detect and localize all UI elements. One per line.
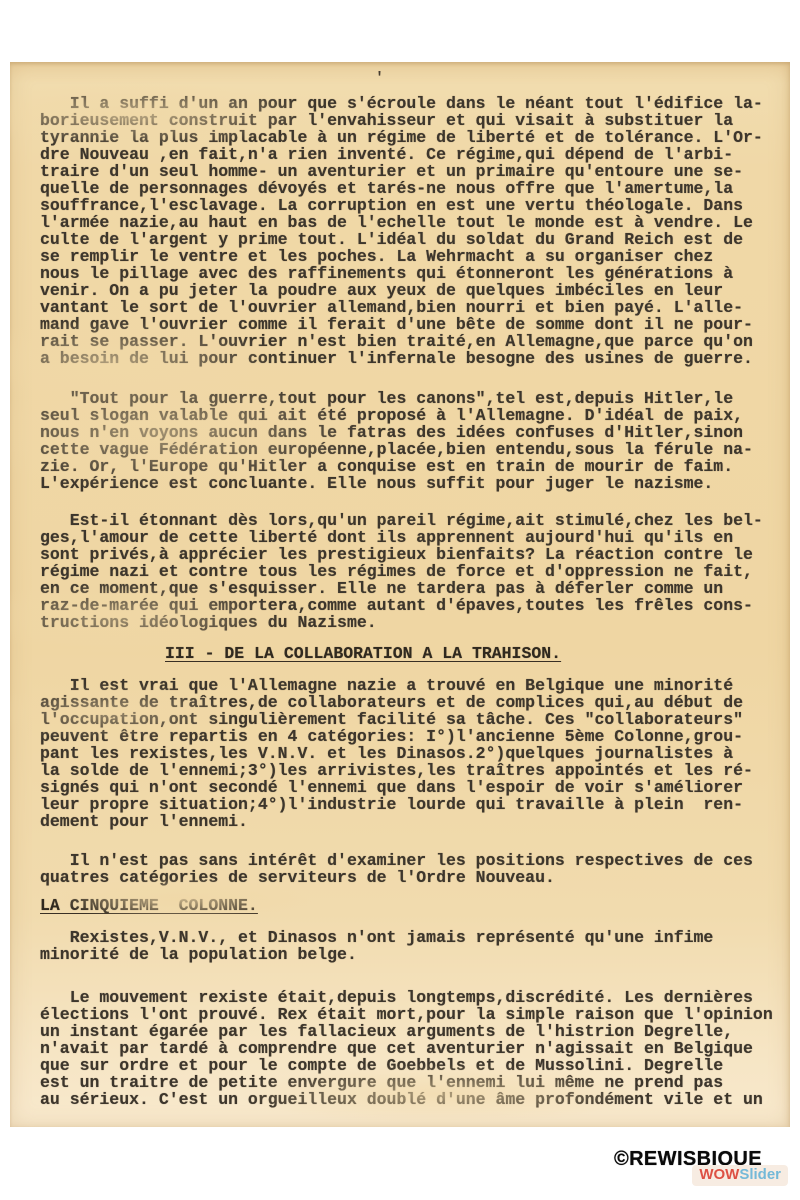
scanned-document-paper: ' Il a suffi d'un an pour que s'écroule … <box>10 62 790 1127</box>
text-line: Il n'est pas sans intérêt d'examiner les… <box>40 852 776 869</box>
text-line: vantant le sort de l'ouvrier allemand,bi… <box>40 299 776 316</box>
wowslider-badge[interactable]: WOWSlider <box>692 1165 788 1186</box>
text-line: quelle de personnages dévoyés et tarés-n… <box>40 180 776 197</box>
text-line: raz-de-marée qui emportera,comme autant … <box>40 597 776 614</box>
text-line: n'avait par tardé à comprendre que cet a… <box>40 1040 776 1057</box>
ink-artifact: ' <box>375 70 384 87</box>
text-line: nous le pillage avec des raffinements qu… <box>40 265 776 282</box>
document-paragraph: Est-il étonnant dès lors,qu'un pareil ré… <box>40 512 776 631</box>
text-line: cette vague Fédération européenne,placée… <box>40 441 776 458</box>
text-line: L'expérience est concluante. Elle nous s… <box>40 475 776 492</box>
document-paragraph: Le mouvement rexiste était,depuis longte… <box>40 989 776 1108</box>
text-line: tyrannie la plus implacable à un régime … <box>40 129 776 146</box>
document-paragraph: Il a suffi d'un an pour que s'écroule da… <box>40 95 776 367</box>
text-line: dement pour l'ennemi. <box>40 813 776 830</box>
text-line: Il est vrai que l'Allemagne nazie a trou… <box>40 677 776 694</box>
text-line: la solde de l'ennemi;3°)les arrivistes,l… <box>40 762 776 779</box>
text-line: culte de l'argent y prime tout. L'idéal … <box>40 231 776 248</box>
text-line: pant les rexistes,les V.N.V. et les Dina… <box>40 745 776 762</box>
text-line: Est-il étonnant dès lors,qu'un pareil ré… <box>40 512 776 529</box>
scanned-page-view: ' Il a suffi d'un an pour que s'écroule … <box>0 0 800 1200</box>
text-line: en ce moment,que s'esquisser. Elle ne ta… <box>40 580 776 597</box>
text-line: se remplir le ventre et les poches. La W… <box>40 248 776 265</box>
text-line: régime nazi et contre tous les régimes d… <box>40 563 776 580</box>
text-line: agissante de traîtres,de collaborateurs … <box>40 694 776 711</box>
text-line: que sur ordre et pour le compte de Goebb… <box>40 1057 776 1074</box>
text-line: mand gave l'ouvrier comme il ferait d'un… <box>40 316 776 333</box>
text-line: peuvent être repartis en 4 catégories: I… <box>40 728 776 745</box>
text-line: l'armée nazie,au haut en bas de l'echell… <box>40 214 776 231</box>
text-line: sont privés,à apprécier les prestigieux … <box>40 546 776 563</box>
text-line: Rexistes,V.N.V., et Dinasos n'ont jamais… <box>40 929 776 946</box>
text-line: zie. Or, l'Europe qu'Hitler a conquise e… <box>40 458 776 475</box>
text-line: au sérieux. C'est un orgueilleux doublé … <box>40 1091 776 1108</box>
text-line: nous n'en voyons aucun dans le fatras de… <box>40 424 776 441</box>
text-line: a besoin de lui pour continuer l'inferna… <box>40 350 776 367</box>
text-line: minorité de la population belge. <box>40 946 776 963</box>
text-line: dre Nouveau ,en fait,n'a rien inventé. C… <box>40 146 776 163</box>
document-paragraph: "Tout pour la guerre,tout pour les canon… <box>40 390 776 492</box>
text-line: Le mouvement rexiste était,depuis longte… <box>40 989 776 1006</box>
text-line: LA CINQUIEME COLONNE. <box>40 897 776 914</box>
section-heading: III - DE LA COLLABORATION A LA TRAHISON. <box>165 645 776 662</box>
text-line: souffrance,l'esclavage. La corruption en… <box>40 197 776 214</box>
typewritten-text: Il a suffi d'un an pour que s'écroule da… <box>40 95 776 1127</box>
wow-label: WOW <box>699 1166 739 1183</box>
text-line: un instant égarée par les fallacieux arg… <box>40 1023 776 1040</box>
text-line: l'occupation,ont singulièrement facilité… <box>40 711 776 728</box>
text-line: III - DE LA COLLABORATION A LA TRAHISON. <box>165 645 776 662</box>
text-line: leur propre situation;4°)l'industrie lou… <box>40 796 776 813</box>
document-paragraph: Rexistes,V.N.V., et Dinasos n'ont jamais… <box>40 929 776 963</box>
text-line: "Tout pour la guerre,tout pour les canon… <box>40 390 776 407</box>
text-line: signés qui n'ont secondé l'ennemi que da… <box>40 779 776 796</box>
document-paragraph: Il n'est pas sans intérêt d'examiner les… <box>40 852 776 886</box>
text-line: ges,l'amour de cette liberté dont ils ap… <box>40 529 776 546</box>
text-line: quatres catégories de serviteurs de l'Or… <box>40 869 776 886</box>
text-line: élections l'ont prouvé. Rex était mort,p… <box>40 1006 776 1023</box>
text-line: borieusement construit par l'envahisseur… <box>40 112 776 129</box>
text-line: Il a suffi d'un an pour que s'écroule da… <box>40 95 776 112</box>
text-line: traire d'un seul homme- un aventurier et… <box>40 163 776 180</box>
slider-label: Slider <box>739 1166 781 1183</box>
document-paragraph: Il est vrai que l'Allemagne nazie a trou… <box>40 677 776 830</box>
text-line: seul slogan valable qui ait été proposé … <box>40 407 776 424</box>
text-line: est un traitre de petite envergure que l… <box>40 1074 776 1091</box>
section-heading: LA CINQUIEME COLONNE. <box>40 897 776 914</box>
text-line: tructions idéologiques du Nazisme. <box>40 614 776 631</box>
text-line: venir. On a pu jeter la poudre aux yeux … <box>40 282 776 299</box>
text-line: rait se passer. L'ouvrier n'est bien tra… <box>40 333 776 350</box>
